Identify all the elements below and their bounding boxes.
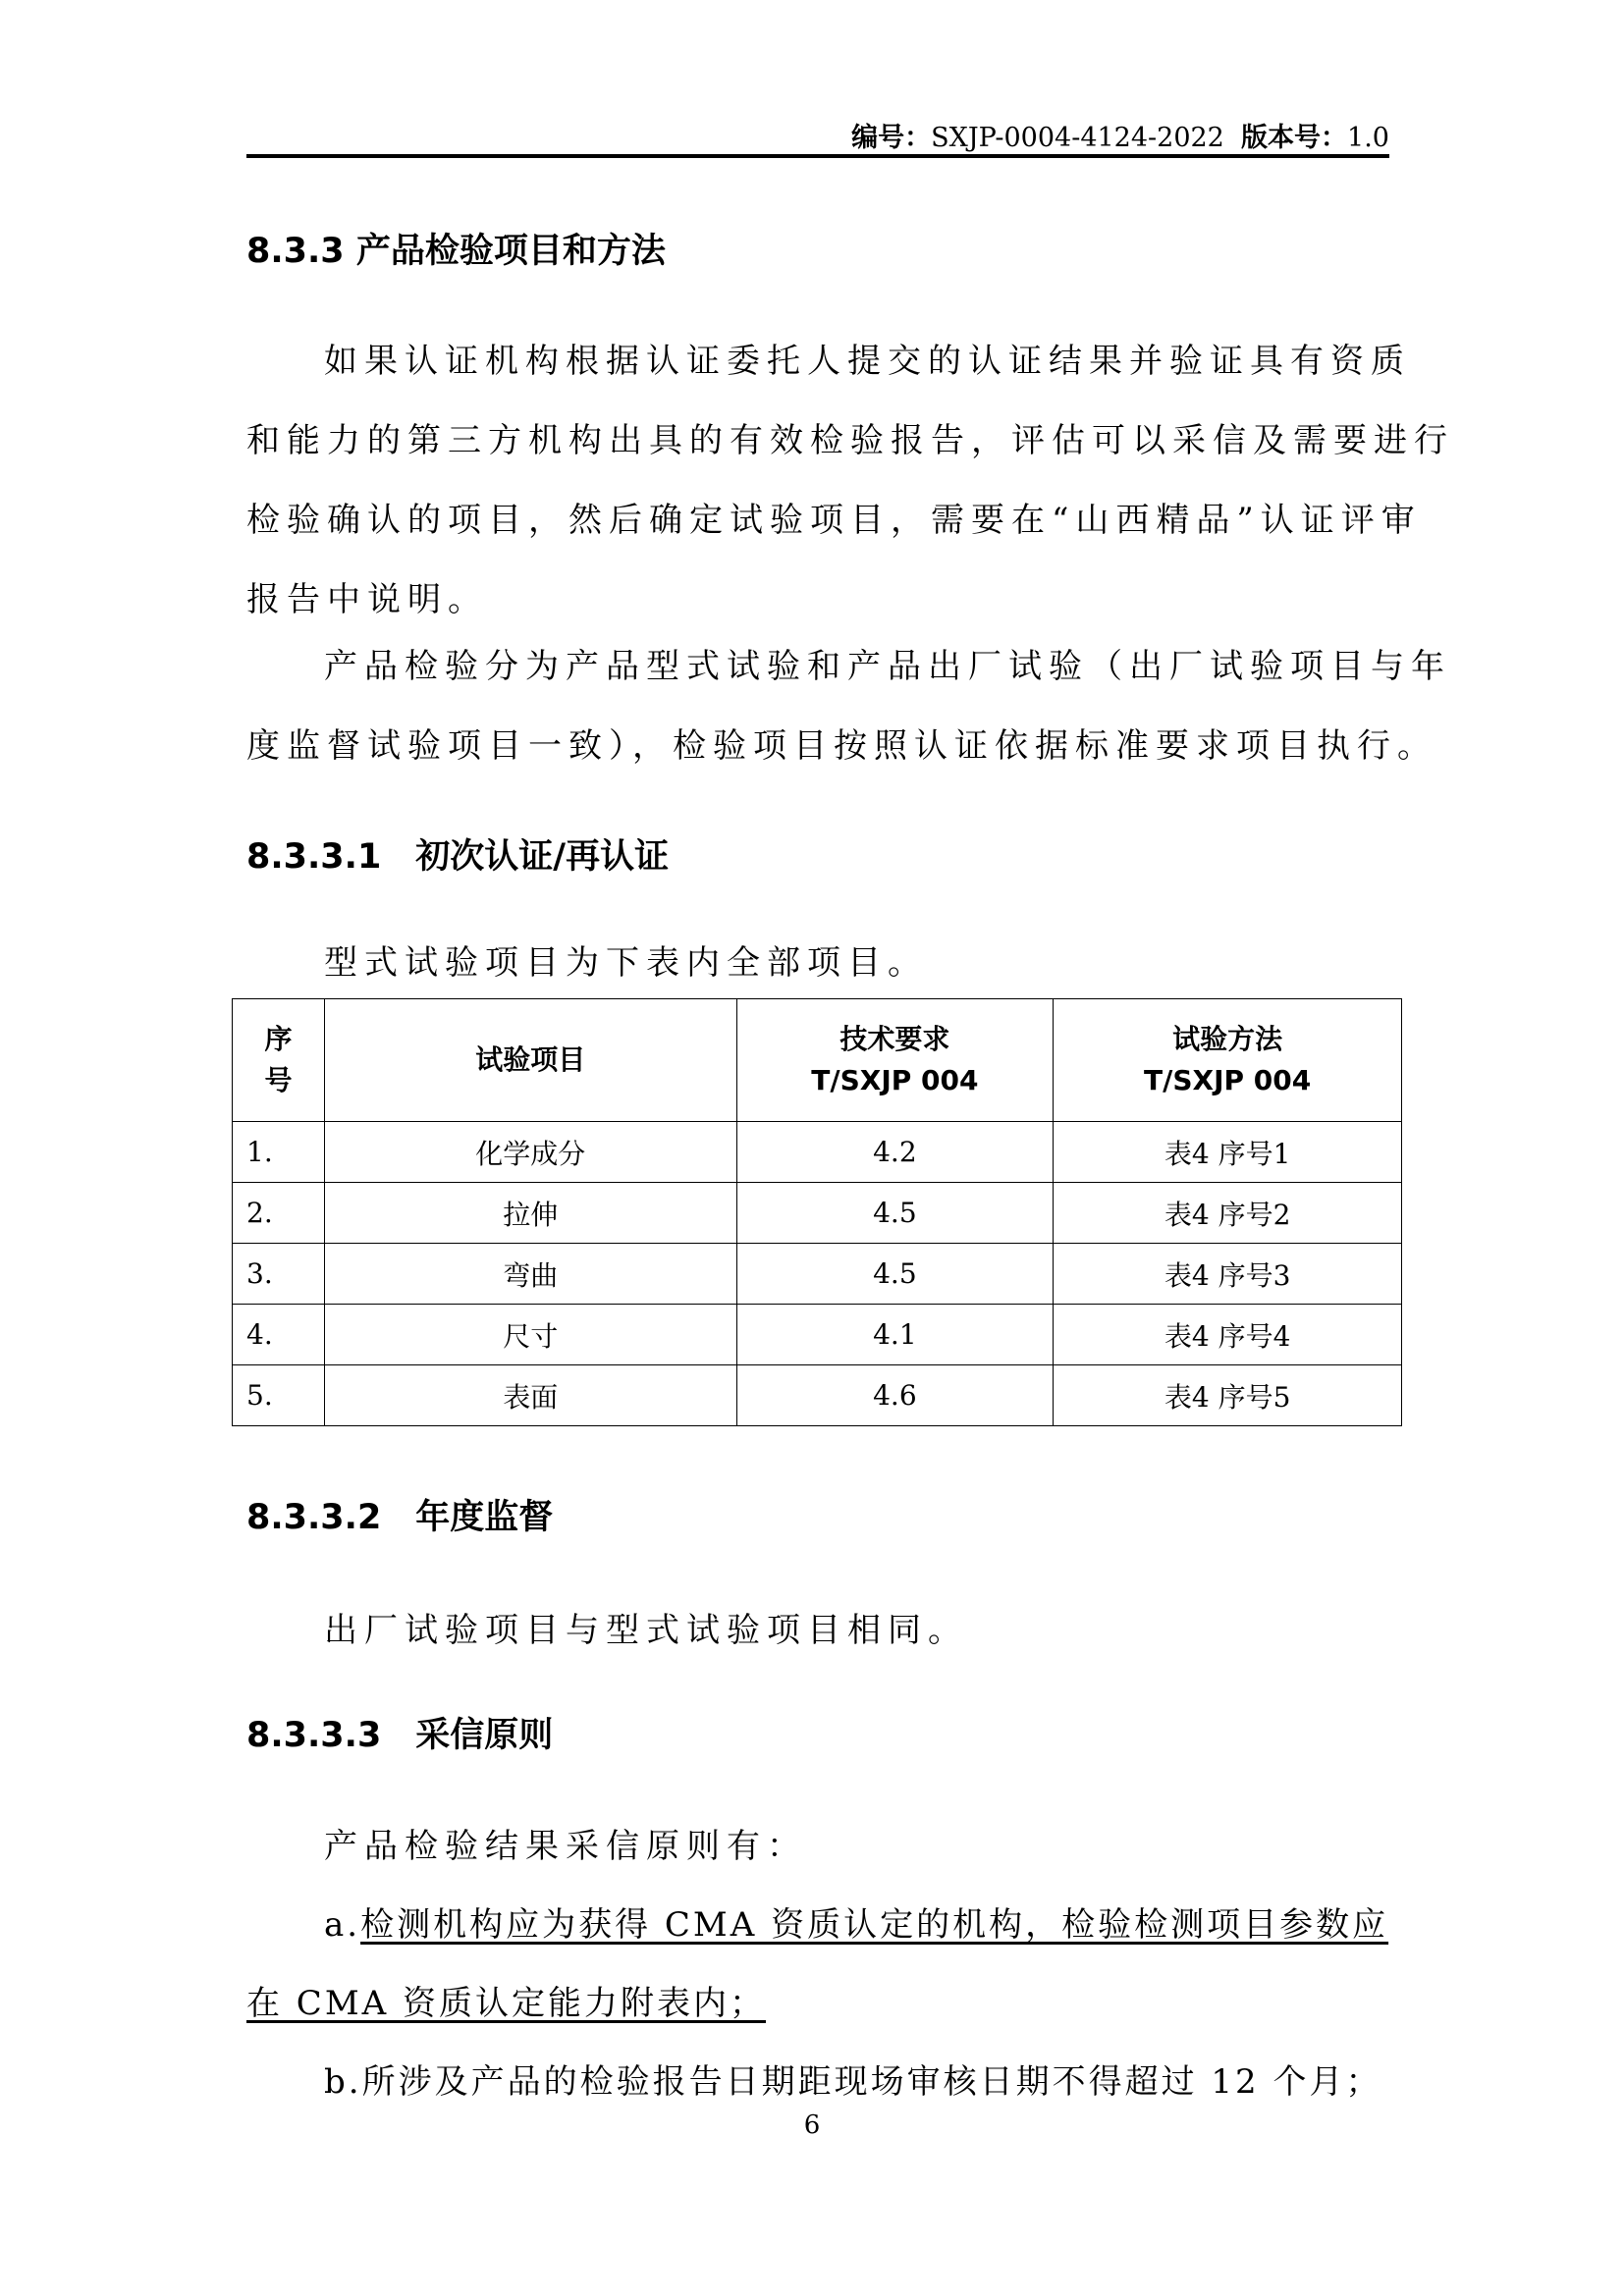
- header-rule: [246, 154, 1389, 158]
- table-row: 4. 尺寸 4.1 表4 序号4: [233, 1305, 1402, 1365]
- paragraph-1-line-2: 和能力的第三方机构出具的有效检验报告，评估可以采信及需要进行: [246, 413, 1454, 461]
- document-header: 编号：SXJP-0004-4124-2022 版本号：1.0: [851, 116, 1389, 154]
- section-8-3-3-2-title: 8.3.3.2 年度监督: [246, 1490, 553, 1539]
- header-requirement: 技术要求T/SXJP 004: [736, 999, 1054, 1122]
- header-method: 试验方法T/SXJP 004: [1054, 999, 1402, 1122]
- section-8-3-3-2-text: 出厂试验项目与型式试验项目相同。: [324, 1603, 968, 1651]
- paragraph-1-line-3: 检验确认的项目，然后确定试验项目，需要在“山西精品”认证评审: [246, 493, 1422, 541]
- table-row: 2. 拉伸 4.5 表4 序号2: [233, 1183, 1402, 1244]
- version-value: 1.0: [1347, 123, 1389, 153]
- section-8-3-3-1-text: 型式试验项目为下表内全部项目。: [324, 935, 928, 984]
- version-label: 版本号：: [1241, 123, 1347, 153]
- section-8-3-3-3-title: 8.3.3.3 采信原则: [246, 1708, 553, 1757]
- table-row: 3. 弯曲 4.5 表4 序号3: [233, 1244, 1402, 1305]
- paragraph-1-line-1: 如果认证机构根据认证委托人提交的认证结果并验证具有资质: [324, 334, 1411, 382]
- section-8-3-3-3-intro: 产品检验结果采信原则有：: [324, 1819, 807, 1867]
- item-b: b.所涉及产品的检验报告日期距现场审核日期不得超过 12 个月；: [324, 2055, 1381, 2103]
- code-label: 编号：: [851, 123, 931, 153]
- table-row: 5. 表面 4.6 表4 序号5: [233, 1365, 1402, 1426]
- item-a-line-1: a.检测机构应为获得 CMA 资质认定的机构，检验检测项目参数应: [324, 1897, 1388, 1946]
- code-value: SXJP-0004-4124-2022: [931, 123, 1224, 153]
- page-number: 6: [0, 2110, 1624, 2140]
- paragraph-1-line-4: 报告中说明。: [246, 572, 488, 620]
- header-no: 序号: [233, 999, 325, 1122]
- table-header-row: 序号 试验项目 技术要求T/SXJP 004 试验方法T/SXJP 004: [233, 999, 1402, 1122]
- item-a-line-2: 在 CMA 资质认定能力附表内；: [246, 1976, 766, 2024]
- paragraph-2-line-1: 产品检验分为产品型式试验和产品出厂试验（出厂试验项目与年: [324, 639, 1451, 687]
- paragraph-2-line-2: 度监督试验项目一致），检验项目按照认证依据标准要求项目执行。: [246, 719, 1437, 767]
- test-items-table: 序号 试验项目 技术要求T/SXJP 004 试验方法T/SXJP 004 1.…: [232, 998, 1402, 1426]
- header-item: 试验项目: [324, 999, 736, 1122]
- table-row: 1. 化学成分 4.2 表4 序号1: [233, 1122, 1402, 1183]
- section-8-3-3-title: 8.3.3 产品检验项目和方法: [246, 224, 666, 273]
- section-8-3-3-1-title: 8.3.3.1 初次认证/再认证: [246, 829, 669, 879]
